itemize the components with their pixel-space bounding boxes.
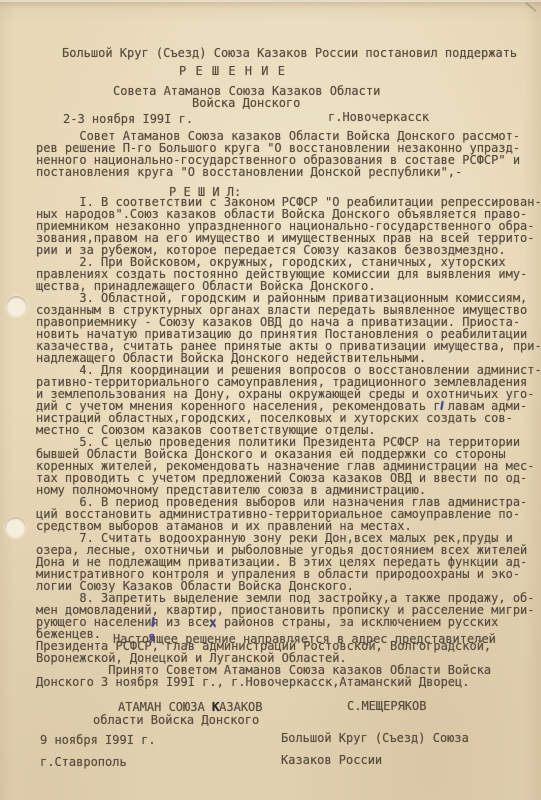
document-date: 2-3 ноября I99I г.	[63, 112, 193, 126]
typewritten-line: постановления круга "О восстановлении До…	[36, 166, 520, 178]
preamble-block: Совет Атаманов Союза казаков Области Вой…	[36, 130, 520, 178]
typewritten-line: Донского 3 ноября I99I г., г.Новочеркасс…	[36, 676, 541, 688]
scanned-document-page: Большой Круг (Съезд) Союза Казаков Росси…	[0, 0, 541, 800]
signature-right-org1: Большой Круг (Съезд) Союза	[281, 731, 469, 745]
signature-date: 9 ноября I99I г.	[40, 733, 156, 747]
signature-right-name: С.МЕЩЕРЯКОВ	[347, 699, 426, 713]
signature-city: г.Ставрополь	[40, 755, 127, 769]
ink-correction-kh: х	[209, 616, 216, 630]
punch-hole-bottom	[5, 517, 26, 538]
support-resolution-line: Большой Круг (Съезд) Союза Казаков Росси…	[62, 46, 517, 60]
signature-left-title: АТАМАН СОЮЗА КАЗАКОВ	[118, 700, 263, 714]
document-title: Р Е Ш Е Н И Е	[179, 64, 286, 78]
pencil-mark	[525, 2, 537, 13]
overtyped-letter-k: К	[212, 700, 219, 714]
inserted-sentence-line: Настоящее решение направляется в адрес п…	[113, 632, 496, 646]
signature-left-subtitle: области Войска Донского	[93, 713, 259, 727]
signature-right-org2: Казаков России	[281, 753, 382, 767]
resolution-body-block: I. В соответствии с Законом РСФСР "О реа…	[36, 196, 541, 688]
typewritten-line: рующего населения из всех районов страны…	[36, 616, 541, 628]
document-subtitle2: Войска Донского	[192, 96, 300, 110]
document-place: г.Новочеркасск	[328, 110, 429, 124]
ink-correction-ya: я	[148, 630, 155, 644]
punch-hole-top	[6, 296, 27, 317]
